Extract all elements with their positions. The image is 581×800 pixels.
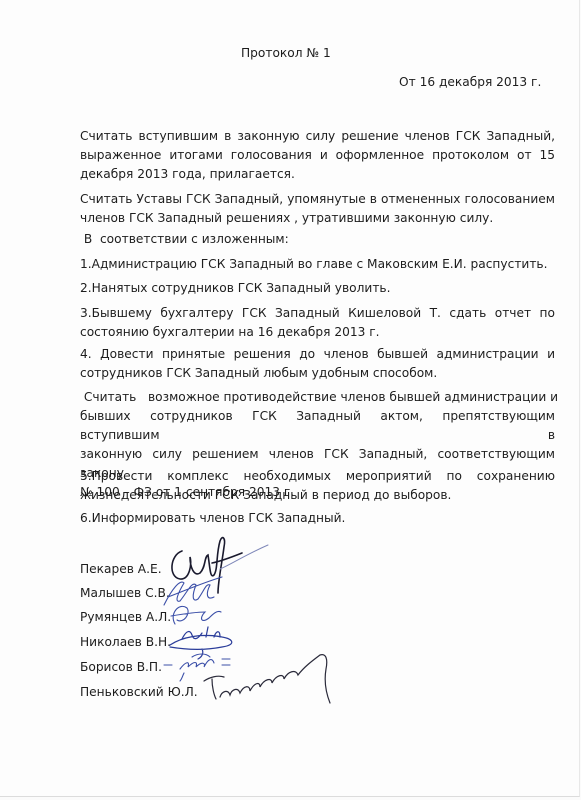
item-5-preserve-operations: 5.Провести комплекс необходимых мероприя…: [80, 467, 555, 505]
text-line: В соответствии с изложенным:: [80, 230, 555, 249]
text-line: 3.Бывшему бухгалтеру ГСК Западный Кишело…: [80, 304, 555, 323]
item-1-dissolve-administration: 1.Администрацию ГСК Западный во главе с …: [80, 255, 555, 274]
paragraph-charters-void: Считать Уставы ГСК Западный, упомянутые …: [80, 190, 555, 228]
document-title: Протокол № 1: [241, 45, 331, 62]
signatory-name: Пеньковский Ю.Л.: [80, 684, 198, 701]
signature-6-icon: [200, 645, 340, 705]
item-4-inform-former: 4. Довести принятые решения до членов бы…: [80, 345, 555, 383]
text-line: 5.Провести комплекс необходимых мероприя…: [80, 467, 555, 486]
text-line: 1.Администрацию ГСК Западный во главе с …: [80, 255, 555, 274]
signatory-name: Малышев С.В.: [80, 585, 170, 602]
item-3-accountant-report: 3.Бывшему бухгалтеру ГСК Западный Кишело…: [80, 304, 555, 342]
text-line: сотрудников ГСК Западный любым удобным с…: [80, 364, 555, 383]
text-line: состоянию бухгалтерии на 16 декабря 2013…: [80, 323, 555, 342]
document-page: Протокол № 1 От 16 декабря 2013 г. Счита…: [0, 0, 580, 797]
text-line: 6.Информировать членов ГСК Западный.: [80, 509, 555, 528]
item-2-dismiss-staff: 2.Нанятых сотрудников ГСК Западный уволи…: [80, 279, 555, 298]
document-date: От 16 декабря 2013 г.: [399, 74, 541, 91]
paragraph-decision-effective: Считать вступившим в законную силу решен…: [80, 127, 555, 184]
signatory-name: Николаев В.Н.: [80, 634, 171, 651]
text-line: 2.Нанятых сотрудников ГСК Западный уволи…: [80, 279, 555, 298]
paragraph-accordingly: В соответствии с изложенным:: [80, 230, 555, 249]
text-line: жизнедеятельности ГСК Западный в период …: [80, 486, 555, 505]
text-line: Считать вступившим в законную силу решен…: [80, 127, 555, 146]
signatory-name: Борисов В.П.: [80, 659, 162, 676]
signatory-name: Пекарев А.Е.: [80, 561, 162, 578]
signatory-name: Румянцев А.Л.: [80, 609, 171, 626]
text-line: декабря 2013 года, прилагается.: [80, 165, 555, 184]
text-line: выраженное итогами голосования и оформле…: [80, 146, 555, 165]
text-line: Считать Уставы ГСК Западный, упомянутые …: [80, 190, 555, 209]
text-line: бывших сотрудников ГСК Западный актом, п…: [80, 407, 555, 445]
item-6-inform-members: 6.Информировать членов ГСК Западный.: [80, 509, 555, 528]
text-line: членов ГСК Западный решениях , утративши…: [80, 209, 555, 228]
text-line: Считать возможное противодействие членов…: [80, 388, 555, 407]
text-line: 4. Довести принятые решения до членов бы…: [80, 345, 555, 364]
